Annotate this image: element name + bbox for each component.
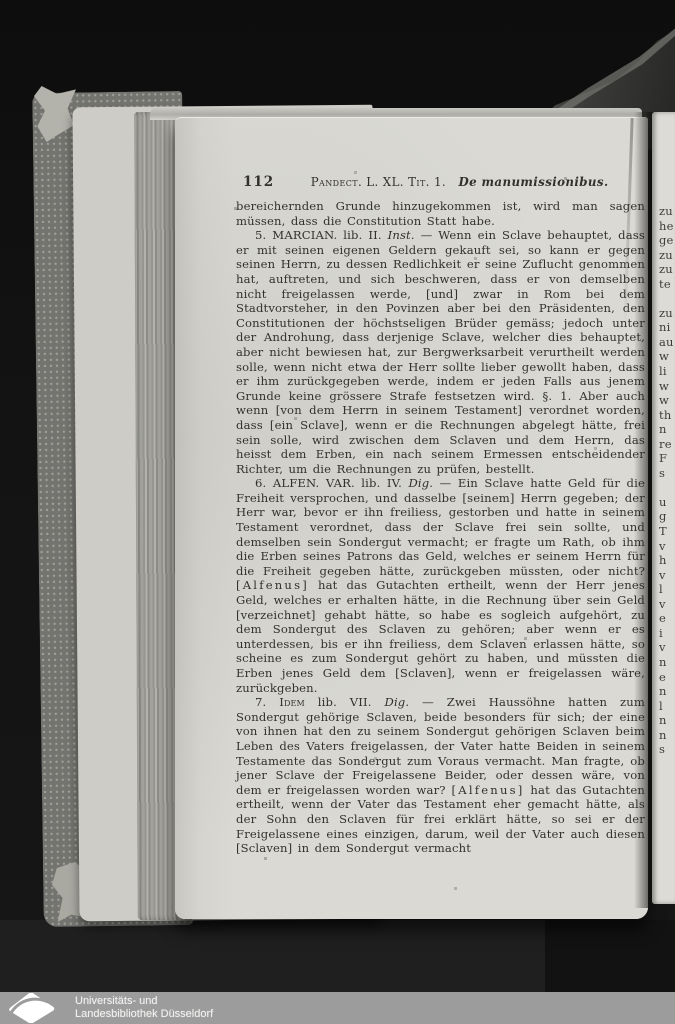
facing-line-fragment: re: [659, 437, 675, 452]
facing-line-fragment: i: [659, 626, 675, 641]
facing-line-fragment: zu: [659, 204, 675, 219]
text-segment: bereichernden Grunde hinzugekommen ist, …: [236, 199, 645, 228]
text-segment: — Zwei Haussöhne hatten zum Sondergut ge…: [236, 695, 645, 797]
facing-line-fragment: he: [659, 219, 675, 234]
library-name: Universitäts- und Landesbibliothek Düsse…: [75, 995, 213, 1022]
facing-line-fragment: th: [659, 408, 675, 423]
facing-line-fragment: h: [659, 553, 675, 568]
page-content: 112 Pandect. L. XL. Tit. 1. De manumissi…: [236, 174, 645, 856]
facing-line-fragment: T: [659, 524, 675, 539]
facing-line-fragment: w: [659, 349, 675, 364]
scanned-book-photo: 112 Pandect. L. XL. Tit. 1. De manumissi…: [0, 0, 675, 1024]
facing-line-fragment: zu: [659, 306, 675, 321]
book-gutter-shadow: [634, 112, 654, 908]
facing-line-fragment: ni: [659, 320, 675, 335]
facing-line-fragment: n: [659, 713, 675, 728]
page-number: 112: [243, 174, 274, 190]
text-segment: lib. VII.: [305, 695, 385, 709]
paper-speckles: [175, 118, 176, 119]
facing-line-fragment: u: [659, 495, 675, 510]
facing-line-fragment: l: [659, 582, 675, 597]
text-segment: Dig.: [408, 476, 433, 490]
text-segment: — Ein Sclave hatte Geld für die Freiheit…: [236, 476, 645, 578]
facing-line-fragment: au: [659, 335, 675, 350]
running-title-citation: Pandect. L. XL. Tit. 1.: [311, 175, 446, 189]
background-shade-right: [545, 920, 675, 992]
facing-line-fragment: e: [659, 670, 675, 685]
facing-line-fragment: zu: [659, 262, 675, 277]
facing-line-fragment: li: [659, 364, 675, 379]
text-segment: Inst.: [388, 228, 415, 242]
paragraph: bereichernden Grunde hinzugekommen ist, …: [236, 199, 645, 228]
text-segment: 7.: [255, 695, 279, 709]
text-segment: hat das Gutachten ertheilt, wenn der Her…: [236, 578, 645, 694]
facing-line-fragment: F: [659, 451, 675, 466]
background-shade-left: [0, 920, 545, 992]
facing-line-fragment: [659, 480, 675, 495]
ulb-duesseldorf-logo-icon: [5, 993, 57, 1023]
running-title-space: [450, 175, 454, 189]
facing-page-text-fragments: zuhegezuzutezuniauwliwwthnreFsugTvhvlvei…: [652, 112, 675, 757]
facing-line-fragment: s: [659, 466, 675, 481]
facing-line-fragment: w: [659, 393, 675, 408]
page-header: 112 Pandect. L. XL. Tit. 1. De manumissi…: [236, 174, 645, 190]
facing-line-fragment: v: [659, 539, 675, 554]
facing-line-fragment: zu: [659, 248, 675, 263]
facing-line-fragment: ge: [659, 233, 675, 248]
facing-line-fragment: te: [659, 277, 675, 292]
facing-line-fragment: n: [659, 728, 675, 743]
paragraph: 7. Idem lib. VII. Dig. — Zwei Haussöhne …: [236, 695, 645, 856]
text-segment: 5. MARCIAN. lib. II.: [255, 228, 388, 242]
body-text: bereichernden Grunde hinzugekommen ist, …: [236, 199, 645, 856]
running-title: Pandect. L. XL. Tit. 1. De manumissionib…: [274, 175, 645, 189]
facing-line-fragment: [659, 291, 675, 306]
facing-line-fragment: v: [659, 568, 675, 583]
facing-line-fragment: l: [659, 699, 675, 714]
facing-line-fragment: g: [659, 509, 675, 524]
facing-line-fragment: v: [659, 597, 675, 612]
text-segment: Idem: [279, 695, 305, 709]
facing-line-fragment: w: [659, 379, 675, 394]
text-segment: Dig.: [385, 695, 410, 709]
paragraph: 6. ALFEN. VAR. lib. IV. Dig. — Ein Sclav…: [236, 476, 645, 695]
library-name-line2: Landesbibliothek Düsseldorf: [75, 1008, 213, 1022]
text-segment: — Wenn ein Sclave behauptet, dass er mit…: [236, 228, 645, 476]
text-segment: 6. ALFEN. VAR. lib. IV.: [255, 476, 408, 490]
book-page: 112 Pandect. L. XL. Tit. 1. De manumissi…: [175, 117, 648, 919]
library-name-line1: Universitäts- und: [75, 995, 213, 1009]
facing-line-fragment: n: [659, 684, 675, 699]
facing-line-fragment: s: [659, 742, 675, 757]
text-segment: [Alfenus]: [236, 578, 309, 592]
library-banner: Universitäts- und Landesbibliothek Düsse…: [0, 992, 675, 1024]
facing-line-fragment: e: [659, 611, 675, 626]
facing-line-fragment: v: [659, 640, 675, 655]
running-title-work: De manumissionibus.: [459, 175, 609, 189]
facing-line-fragment: n: [659, 655, 675, 670]
facing-line-fragment: n: [659, 422, 675, 437]
paragraph: 5. MARCIAN. lib. II. Inst. — Wenn ein Sc…: [236, 228, 645, 476]
facing-page-sliver: zuhegezuzutezuniauwliwwthnreFsugTvhvlvei…: [652, 112, 675, 904]
text-segment: [Alfenus]: [452, 783, 525, 797]
